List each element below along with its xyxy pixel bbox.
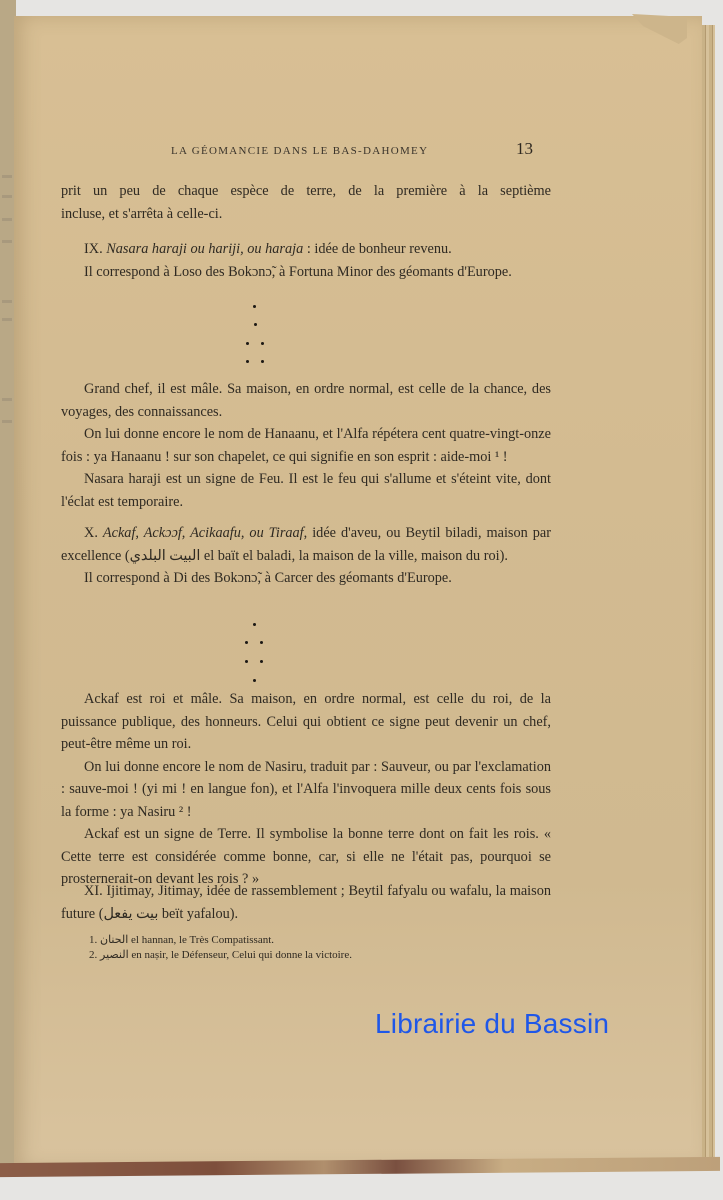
watermark-text: Librairie du Bassin bbox=[375, 1008, 609, 1040]
section-x-body: Ackaf est roi et mâle. Sa maison, en ord… bbox=[61, 688, 551, 891]
section-x-title: X. Ackaf, Ackɔɔf, Acikaafu, ou Tiraaf, i… bbox=[61, 522, 551, 567]
figure-dot bbox=[253, 305, 256, 308]
figure-dot bbox=[246, 342, 249, 345]
bleed-through-mark bbox=[2, 195, 12, 198]
intro-line: incluse, et s'arrêta à celle-ci. bbox=[61, 203, 551, 226]
section-x-heading: X. Ackaf, Ackɔɔf, Acikaafu, ou Tiraaf, i… bbox=[61, 522, 551, 590]
figure-dot bbox=[253, 623, 256, 626]
bleed-through-mark bbox=[2, 300, 12, 303]
section-ix-title: IX. Nasara haraji ou hariji, ou haraja :… bbox=[61, 238, 551, 261]
section-xi-title: XI. Ijitimay, Jitimay, idée de rassemble… bbox=[61, 880, 551, 925]
page-number: 13 bbox=[516, 139, 533, 159]
figure-dot bbox=[245, 641, 248, 644]
bleed-through-mark bbox=[2, 218, 12, 221]
section-ix-body: Grand chef, il est mâle. Sa maison, en o… bbox=[61, 378, 551, 513]
figure-dot bbox=[260, 660, 263, 663]
bleed-through-mark bbox=[2, 175, 12, 178]
paragraph: Ackaf est roi et mâle. Sa maison, en ord… bbox=[61, 688, 551, 756]
figure-dot bbox=[253, 679, 256, 682]
figure-dot bbox=[260, 641, 263, 644]
figure-dot bbox=[245, 660, 248, 663]
figure-name: Ackaf, Ackɔɔf, Acikaafu, ou Tiraaf bbox=[103, 525, 304, 541]
figure-dot bbox=[254, 323, 257, 326]
paragraph: Grand chef, il est mâle. Sa maison, en o… bbox=[61, 378, 551, 423]
section-xi: XI. Ijitimay, Jitimay, idée de rassemble… bbox=[61, 880, 551, 925]
paragraph: On lui donne encore le nom de Nasiru, tr… bbox=[61, 756, 551, 824]
section-x-correspondence: Il correspond à Di des Bokɔnɔ̃, à Carcer… bbox=[61, 567, 551, 590]
figure-dot bbox=[261, 360, 264, 363]
section-ix-heading: IX. Nasara haraji ou hariji, ou haraja :… bbox=[61, 238, 551, 283]
bleed-through-mark bbox=[2, 318, 12, 321]
bleed-through-mark bbox=[2, 398, 12, 401]
intro-line: prit un peu de chaque espèce de terre, d… bbox=[61, 180, 551, 203]
footnotes: 1. الحنان el hannan, le Très Compatissan… bbox=[89, 933, 549, 963]
footnote-2: 2. النصير en naṣir, le Défenseur, Celui … bbox=[89, 948, 549, 963]
paragraph: Nasara haraji est un signe de Feu. Il es… bbox=[61, 468, 551, 513]
figure-dot bbox=[261, 342, 264, 345]
running-title: LA GÉOMANCIE DANS LE BAS-DAHOMEY bbox=[171, 145, 428, 157]
footnote-1: 1. الحنان el hannan, le Très Compatissan… bbox=[89, 933, 549, 948]
bleed-through-mark bbox=[2, 240, 12, 243]
paragraph: On lui donne encore le nom de Hanaanu, e… bbox=[61, 423, 551, 468]
figure-dot bbox=[246, 360, 249, 363]
figure-name: Nasara haraji ou hariji, ou haraja bbox=[106, 241, 303, 257]
section-ix-correspondence: Il correspond à Loso des Bokɔnɔ̃, à Fort… bbox=[61, 261, 551, 284]
bleed-through-mark bbox=[2, 420, 12, 423]
